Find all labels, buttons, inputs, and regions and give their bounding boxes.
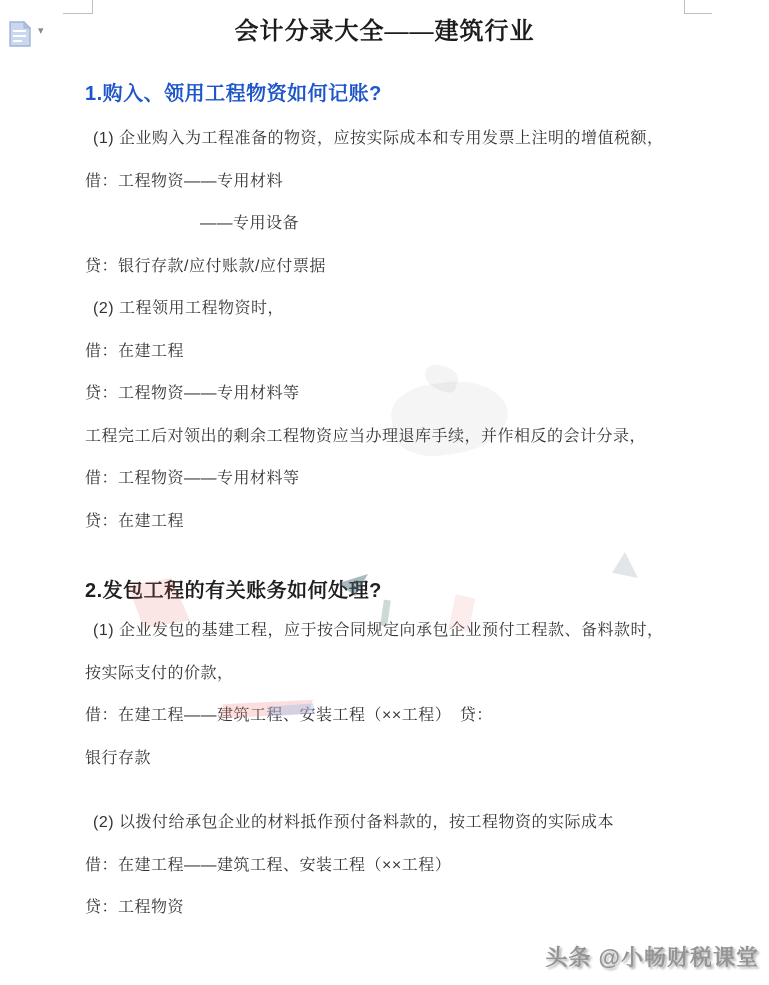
chevron-down-icon: ▾	[38, 26, 44, 37]
crop-mark-top-right	[684, 13, 712, 14]
journal-entry-credit-line: 贷：在建工程	[85, 511, 709, 533]
journal-entry-debit-line: 借：工程物资——专用材料等	[85, 468, 709, 490]
paste-options-button[interactable]: ▾	[8, 20, 50, 50]
journal-entry-debit-line: 借：工程物资——专用材料	[85, 171, 709, 193]
paragraph: 按实际支付的价款，	[85, 663, 709, 685]
document-page: ▾ 会计分录大全——建筑行业 1.购入、领用工程物资如何记账? (1) 企业购入…	[0, 0, 769, 985]
section-2-heading: 2.发包工程的有关账务如何处理?	[85, 579, 709, 603]
document-body: 1.购入、领用工程物资如何记账? (1) 企业购入为工程准备的物资，应按实际成本…	[0, 82, 769, 919]
section-1-heading: 1.购入、领用工程物资如何记账?	[85, 82, 709, 106]
toutiao-watermark: 头条 @小畅财税课堂	[545, 941, 759, 972]
journal-entry-credit-line: 贷：银行存款/应付账款/应付票据	[85, 256, 709, 278]
crop-mark-top-right	[684, 0, 685, 13]
journal-entry-sub-line: ——专用设备	[85, 213, 709, 235]
journal-entry-credit-line: 贷：工程物资	[85, 897, 709, 919]
paragraph: 工程完工后对领出的剩余工程物资应当办理退库手续，并作相反的会计分录，	[85, 426, 709, 448]
crop-mark-top-left	[92, 0, 93, 13]
journal-entry-credit-line: 贷：工程物资——专用材料等	[85, 383, 709, 405]
journal-entry-debit-line: 借：在建工程	[85, 341, 709, 363]
paragraph: (2) 以拨付给承包企业的材料抵作预付备料款的，按工程物资的实际成本	[85, 812, 709, 834]
paragraph: (2) 工程领用工程物资时，	[85, 298, 709, 320]
paragraph: (1) 企业发包的基建工程，应于按合同规定向承包企业预付工程款、备料款时，	[85, 620, 709, 642]
journal-entry-debit-line: 借：在建工程——建筑工程、安装工程（××工程）	[85, 855, 709, 877]
paste-options-icon	[8, 20, 32, 48]
journal-entry-debit-line: 借：在建工程——建筑工程、安装工程（××工程） 贷：	[85, 705, 709, 727]
document-title: 会计分录大全——建筑行业	[0, 18, 769, 46]
paragraph: (1) 企业购入为工程准备的物资，应按实际成本和专用发票上注明的增值税额，	[85, 128, 709, 150]
journal-entry-credit-line: 银行存款	[85, 748, 709, 770]
crop-mark-top-left	[63, 13, 93, 14]
